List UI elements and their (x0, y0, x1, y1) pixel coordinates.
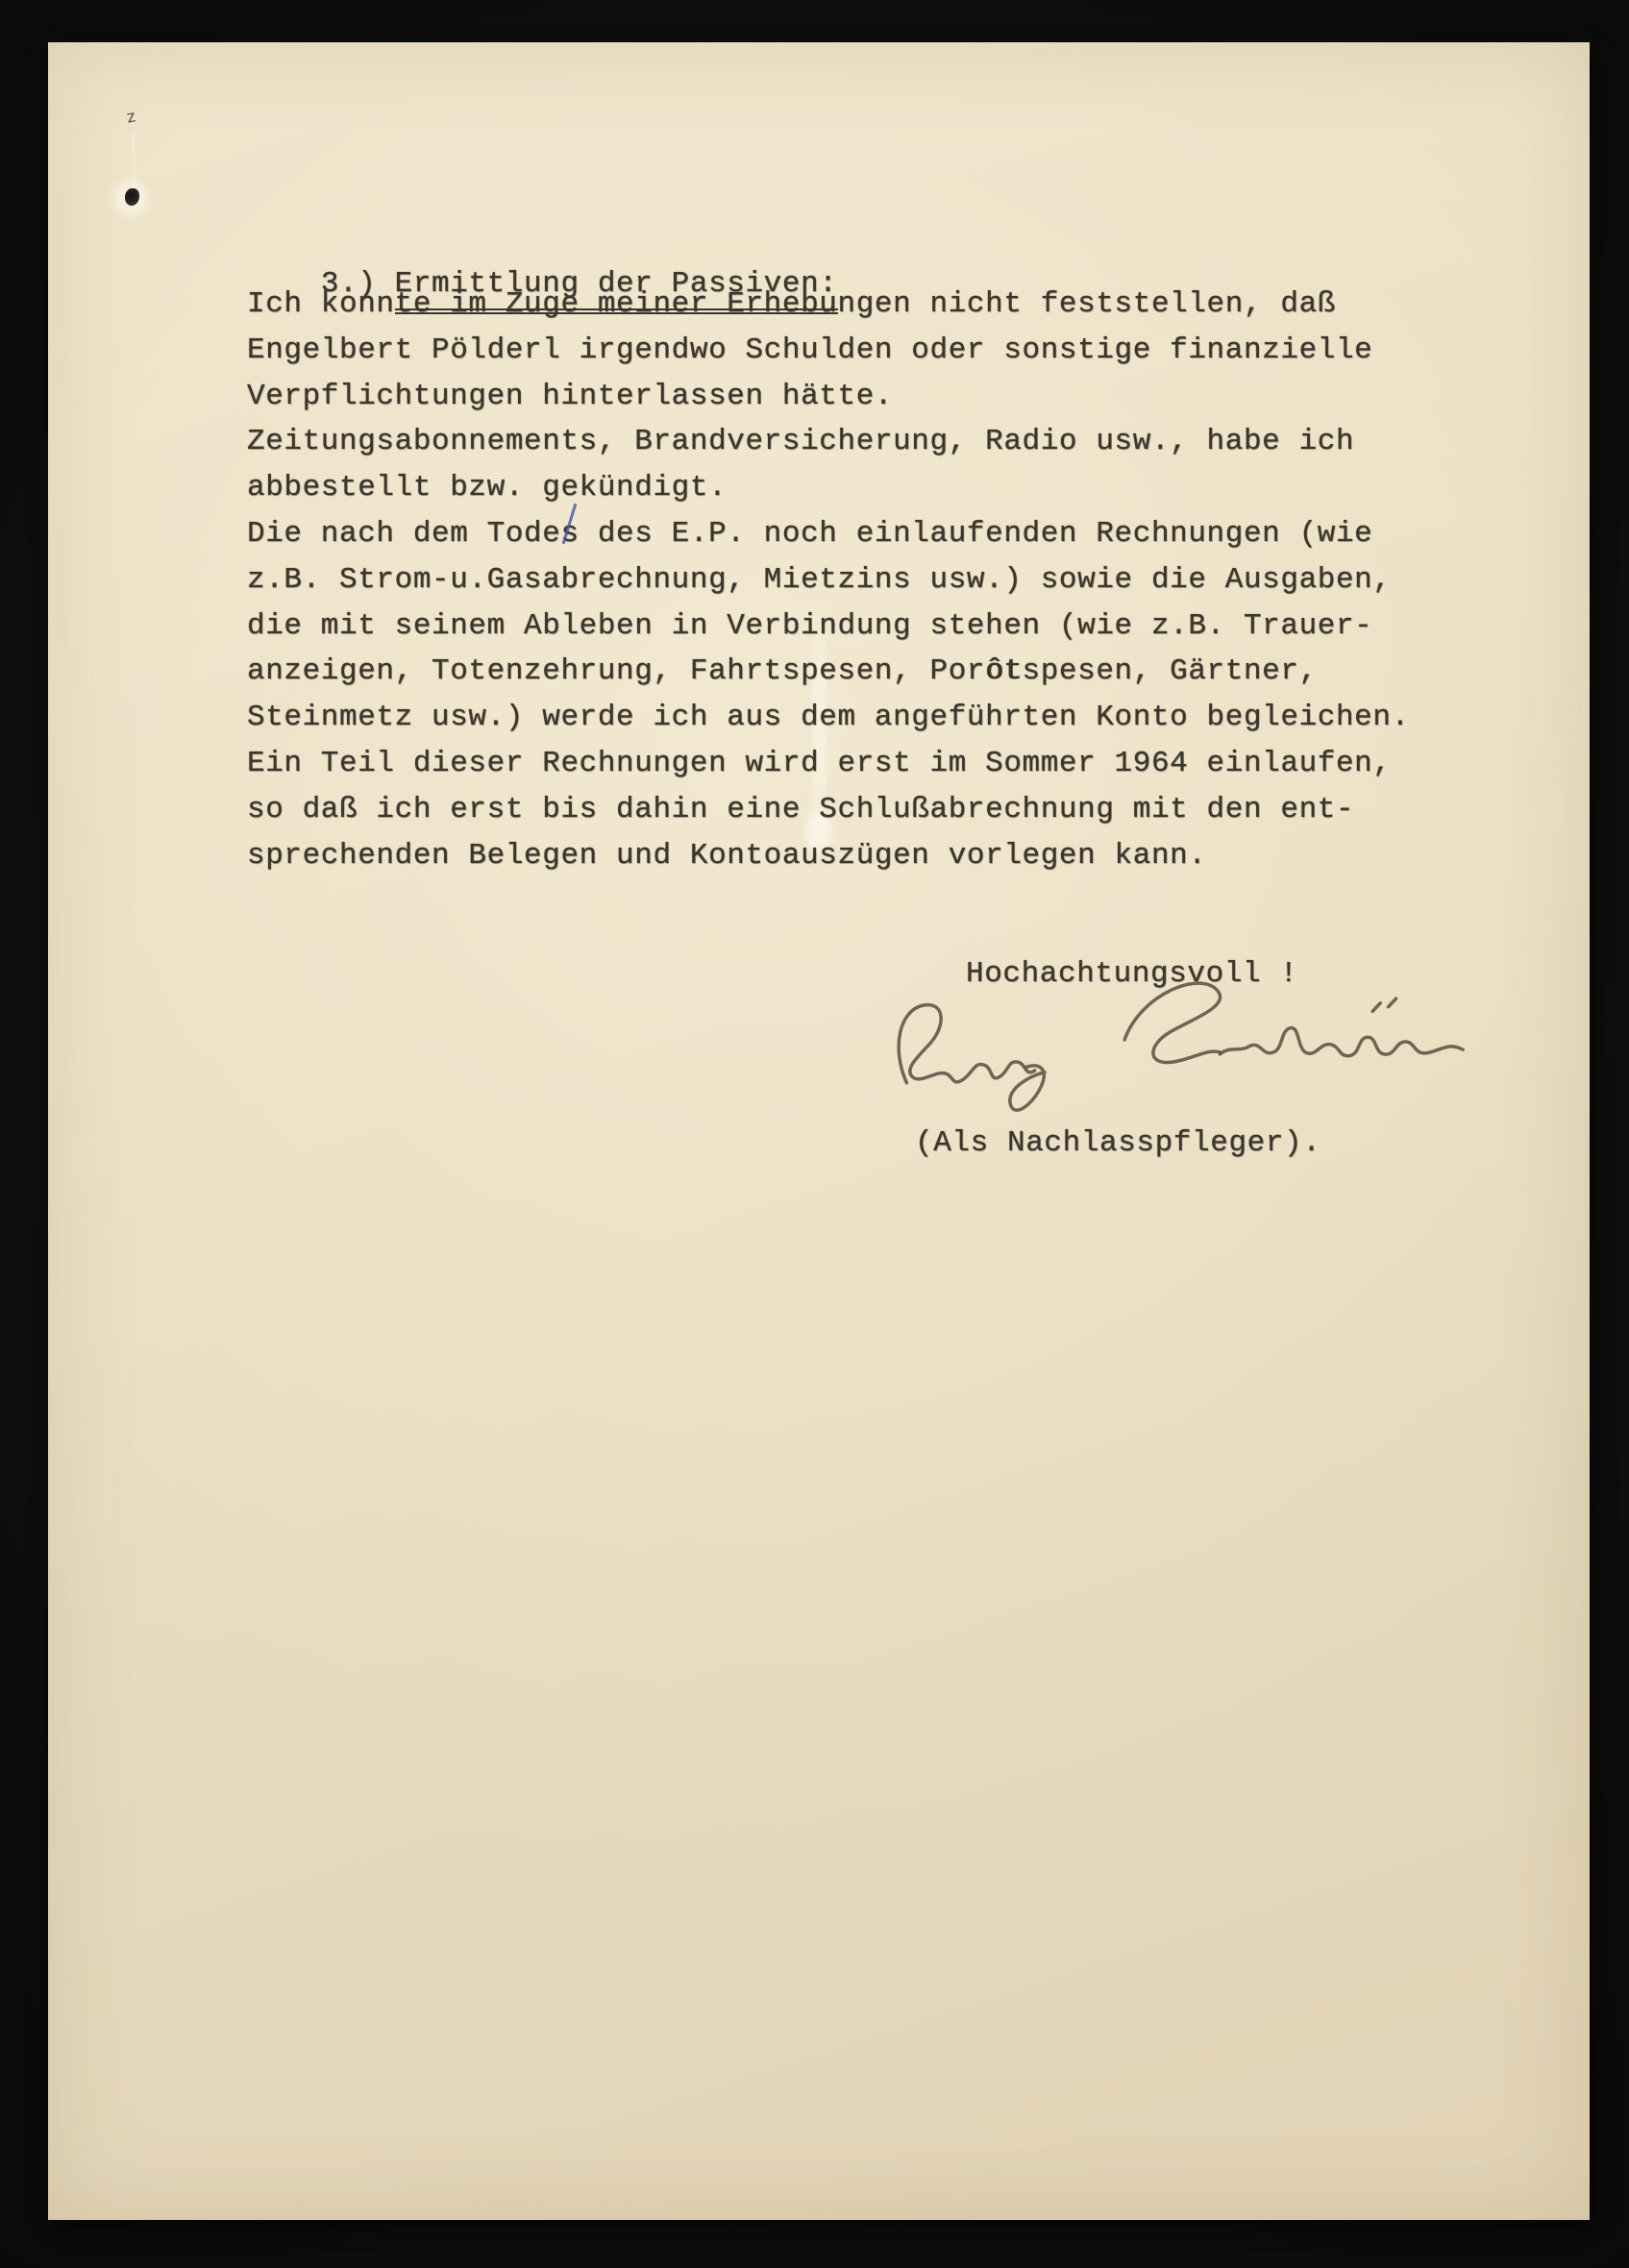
text-segment: spesen, Gärtner, (1023, 654, 1318, 688)
typewritten-line: Zeitungsabonnements, Brandversicherung, … (247, 419, 1410, 465)
typewritten-line: abbestellt bzw. gekündigt. (247, 465, 1410, 511)
typewritten-line: Engelbert Pölderl irgendwo Schulden oder… (247, 328, 1410, 374)
typewritten-line: Ein Teil dieser Rechnungen wird erst im … (247, 741, 1410, 787)
text-segment: Die nach dem Tode (247, 517, 560, 551)
typewritten-line: Verpflichtungen hinterlassen hätte. (247, 374, 1410, 420)
text-segment: so daß ich erst bis dahin eine Schlußabr… (247, 793, 1354, 826)
typewritten-line: Ich konnte im Zuge meiner Erhebungen nic… (247, 282, 1410, 328)
text-segment: die mit seinem Ableben in Verbindung ste… (247, 609, 1372, 643)
text-segment: Ich konnte im Zuge meiner Erhebungen nic… (247, 287, 1336, 321)
corrected-text: s (560, 511, 579, 557)
typewritten-line: Die nach dem Todes des E.P. noch einlauf… (247, 511, 1410, 557)
typewritten-line: anzeigen, Totenzehrung, Fahrtspesen, Por… (247, 649, 1410, 695)
text-segment: Ein Teil dieser Rechnungen wird erst im … (247, 747, 1392, 780)
typewritten-line: Steinmetz usw.) werde ich aus dem angefü… (247, 695, 1410, 741)
text-segment: sprechenden Belegen und Kontoauszügen vo… (247, 839, 1207, 873)
text-segment: abbestellt bzw. gekündigt. (247, 471, 727, 505)
text-segment: Steinmetz usw.) werde ich aus dem angefü… (247, 701, 1410, 734)
text-segment: des E.P. noch einlaufenden Rechnungen (w… (580, 517, 1373, 551)
ink-squiggle-mark: z (125, 107, 137, 127)
corrected-text: ôt (985, 654, 1022, 688)
typewritten-line: sprechenden Belegen und Kontoauszügen vo… (247, 833, 1410, 879)
text-segment: Engelbert Pölderl irgendwo Schulden oder… (247, 333, 1372, 367)
photo-backdrop: { "page": { "background_color": "#0c0c0b… (0, 0, 1629, 2268)
scanned-letter-page: z 3.) Ermittlung der Passiven: Ich konnt… (48, 42, 1590, 2220)
text-segment: Zeitungsabonnements, Brandversicherung, … (247, 425, 1354, 458)
text-segment: Verpflichtungen hinterlassen hätte. (247, 380, 893, 413)
signer-role: (Als Nachlasspfleger). (915, 1121, 1320, 1167)
typewritten-line: die mit seinem Ableben in Verbindung ste… (247, 604, 1410, 650)
text-segment: anzeigen, Totenzehrung, Fahrtspesen, Por (247, 654, 985, 688)
text-segment: z.B. Strom-u.Gasabrechnung, Mietzins usw… (247, 563, 1392, 597)
typewritten-line: so daß ich erst bis dahin eine Schlußabr… (247, 787, 1410, 833)
letter-body: Ich konnte im Zuge meiner Erhebungen nic… (247, 282, 1410, 878)
typewritten-line: z.B. Strom-u.Gasabrechnung, Mietzins usw… (247, 557, 1410, 604)
